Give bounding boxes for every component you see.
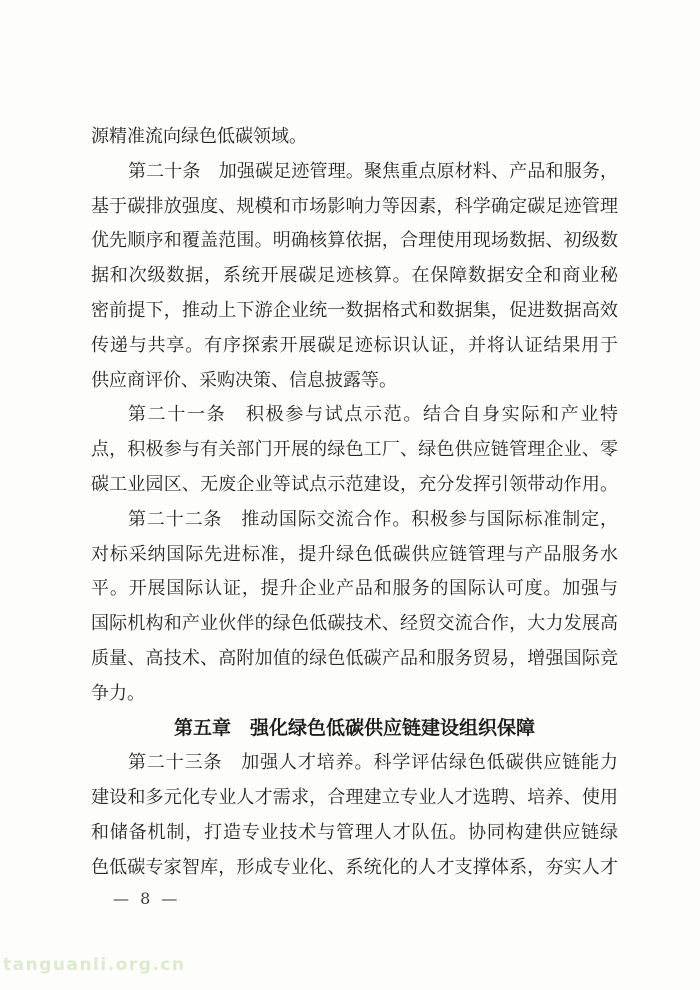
text-line: 传递与共享。有序探索开展碳足迹标识认证，并将认证结果用于 bbox=[91, 329, 618, 364]
text-line: 第二十条 加强碳足迹管理。聚焦重点原材料、产品和服务， bbox=[91, 155, 618, 190]
text-line: 色低碳专家智库，形成专业化、系统化的人才支撑体系，夯实人才 bbox=[91, 851, 618, 886]
text-line: 和储备机制，打造专业技术与管理人才队伍。协同构建供应链绿 bbox=[91, 816, 618, 851]
page-number: — 8 — bbox=[113, 889, 180, 908]
chapter-heading: 第五章 强化绿色低碳供应链建设组织保障 bbox=[91, 712, 618, 747]
text-line: 优先顺序和覆盖范围。明确核算依据，合理使用现场数据、初级数 bbox=[91, 224, 618, 259]
document-page: 源精准流向绿色低碳领域。第二十条 加强碳足迹管理。聚焦重点原材料、产品和服务，基… bbox=[0, 0, 700, 990]
text-line: 源精准流向绿色低碳领域。 bbox=[91, 120, 618, 155]
text-line: 平。开展国际认证，提升企业产品和服务的国际认可度。加强与 bbox=[91, 572, 618, 607]
text-line: 第二十三条 加强人才培养。科学评估绿色低碳供应链能力 bbox=[91, 746, 618, 781]
text-line: 据和次级数据，系统开展碳足迹核算。在保障数据安全和商业秘 bbox=[91, 259, 618, 294]
text-line: 国际机构和产业伙伴的绿色低碳技术、经贸交流合作，大力发展高 bbox=[91, 607, 618, 642]
text-line: 争力。 bbox=[91, 677, 618, 712]
text-line: 第二十二条 推动国际交流合作。积极参与国际标准制定， bbox=[91, 503, 618, 538]
text-line: 密前提下，推动上下游企业统一数据格式和数据集，促进数据高效 bbox=[91, 294, 618, 329]
text-line: 第二十一条 积极参与试点示范。结合自身实际和产业特 bbox=[91, 398, 618, 433]
text-line: 建设和多元化专业人才需求，合理建立专业人才选聘、培养、使用 bbox=[91, 781, 618, 816]
text-line: 点，积极参与有关部门开展的绿色工厂、绿色供应链管理企业、零 bbox=[91, 433, 618, 468]
text-line: 质量、高技术、高附加值的绿色低碳产品和服务贸易，增强国际竞 bbox=[91, 642, 618, 677]
text-line: 基于碳排放强度、规模和市场影响力等因素，科学确定碳足迹管理 bbox=[91, 190, 618, 225]
text-line: 对标采纳国际先进标准，提升绿色低碳供应链管理与产品服务水 bbox=[91, 538, 618, 573]
text-line: 供应商评价、采购决策、信息披露等。 bbox=[91, 364, 618, 399]
watermark: tanguanli.org.cn bbox=[3, 955, 186, 975]
document-body: 源精准流向绿色低碳领域。第二十条 加强碳足迹管理。聚焦重点原材料、产品和服务，基… bbox=[91, 120, 618, 886]
text-line: 碳工业园区、无废企业等试点示范建设，充分发挥引领带动作用。 bbox=[91, 468, 618, 503]
